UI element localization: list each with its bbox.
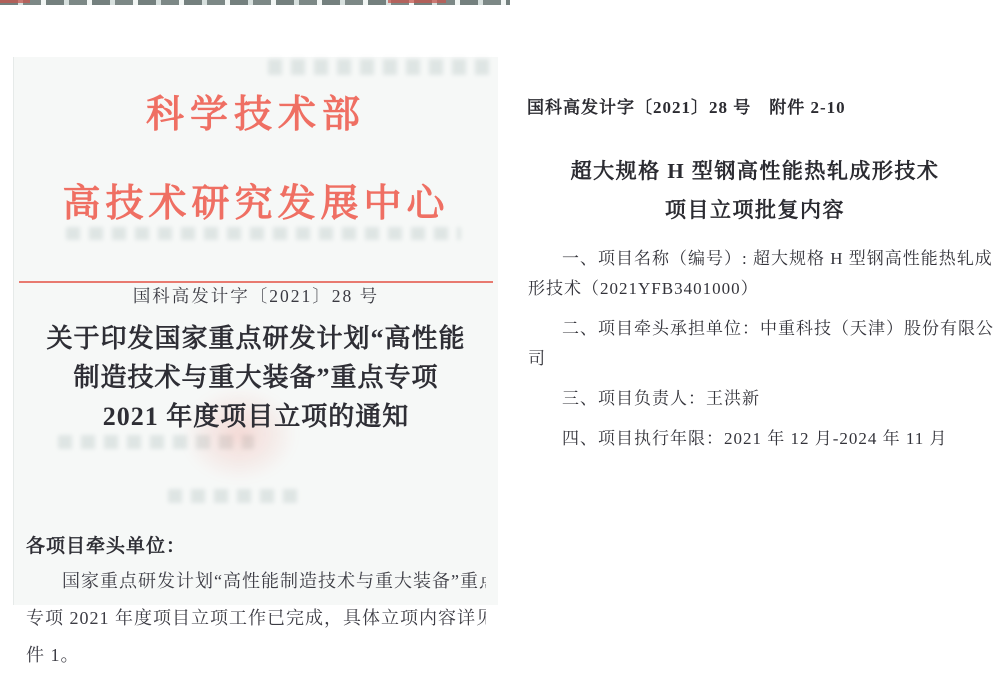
issuing-org-line2: 高技术研究发展中心 bbox=[14, 172, 498, 227]
left-doc-number: 国科高发计字〔2021〕28 号 bbox=[14, 283, 498, 308]
right-doc-title-line1: 超大规格 H 型钢高性能热轧成形技术 bbox=[510, 152, 1000, 191]
right-doc-number-attachment-label: 国科高发计字〔2021〕28 号 附件 2-10 bbox=[527, 93, 846, 118]
left-doc-title-line2: 制造技术与重大装备”重点专项 bbox=[14, 358, 498, 397]
scan-artifact-red-mark-left bbox=[0, 0, 30, 3]
red-divider-line bbox=[19, 281, 493, 283]
approval-item-line: 四、项目执行年限：2021 年 12 月-2024 年 11 月 bbox=[528, 424, 994, 454]
bleed-through-ghost bbox=[268, 59, 493, 75]
left-document-page: 科学技术部 高技术研究发展中心 国科高发计字〔2021〕28 号 关于印发国家重… bbox=[13, 57, 498, 605]
approval-item-line: 二、项目牵头承担单位：中重科技（天津）股份有限公 bbox=[528, 314, 994, 344]
right-doc-title-line2: 项目立项批复内容 bbox=[510, 191, 1000, 230]
approval-item-lead-organization: 二、项目牵头承担单位：中重科技（天津）股份有限公 司 bbox=[528, 314, 994, 374]
approval-item-line: 三、项目负责人：王洪新 bbox=[528, 384, 994, 414]
bleed-through-ghost bbox=[66, 227, 461, 240]
left-doc-title: 关于印发国家重点研发计划“高性能 制造技术与重大装备”重点专项 2021 年度项… bbox=[14, 319, 498, 436]
approval-item-project-leader: 三、项目负责人：王洪新 bbox=[528, 384, 994, 414]
salutation-line: 各项目牵头单位： bbox=[26, 531, 186, 558]
right-doc-title: 超大规格 H 型钢高性能热轧成形技术 项目立项批复内容 bbox=[510, 152, 1000, 230]
left-doc-title-line1: 关于印发国家重点研发计划“高性能 bbox=[14, 319, 498, 358]
left-doc-body-line3: 件 1。 bbox=[26, 637, 486, 674]
approval-item-project-name: 一、项目名称（编号）: 超大规格 H 型钢高性能热轧成 形技术（2021YFB3… bbox=[528, 244, 994, 304]
approval-item-project-duration: 四、项目执行年限：2021 年 12 月-2024 年 11 月 bbox=[528, 424, 994, 454]
left-doc-body-line2: 专项 2021 年度项目立项工作已完成，具体立项内容详见附 bbox=[26, 600, 486, 637]
scanned-notice-screenshot: 科学技术部 高技术研究发展中心 国科高发计字〔2021〕28 号 关于印发国家重… bbox=[0, 0, 1000, 700]
bleed-through-ghost bbox=[168, 489, 301, 503]
approval-item-line: 司 bbox=[528, 344, 994, 374]
right-document-attachment: 国科高发计字〔2021〕28 号 附件 2-10 超大规格 H 型钢高性能热轧成… bbox=[510, 0, 1000, 700]
issuing-org-line1: 科学技术部 bbox=[14, 83, 498, 138]
right-doc-body: 一、项目名称（编号）: 超大规格 H 型钢高性能热轧成 形技术（2021YFB3… bbox=[528, 244, 994, 464]
left-doc-body: 国家重点研发计划“高性能制造技术与重大装备”重点 专项 2021 年度项目立项工… bbox=[26, 563, 486, 674]
left-doc-title-line3: 2021 年度项目立项的通知 bbox=[14, 397, 498, 436]
approval-item-line: 一、项目名称（编号）: 超大规格 H 型钢高性能热轧成 bbox=[528, 244, 994, 274]
approval-item-line: 形技术（2021YFB3401000） bbox=[528, 274, 994, 304]
left-doc-body-line1: 国家重点研发计划“高性能制造技术与重大装备”重点 bbox=[26, 563, 486, 600]
scan-artifact-red-mark-center bbox=[388, 0, 446, 3]
